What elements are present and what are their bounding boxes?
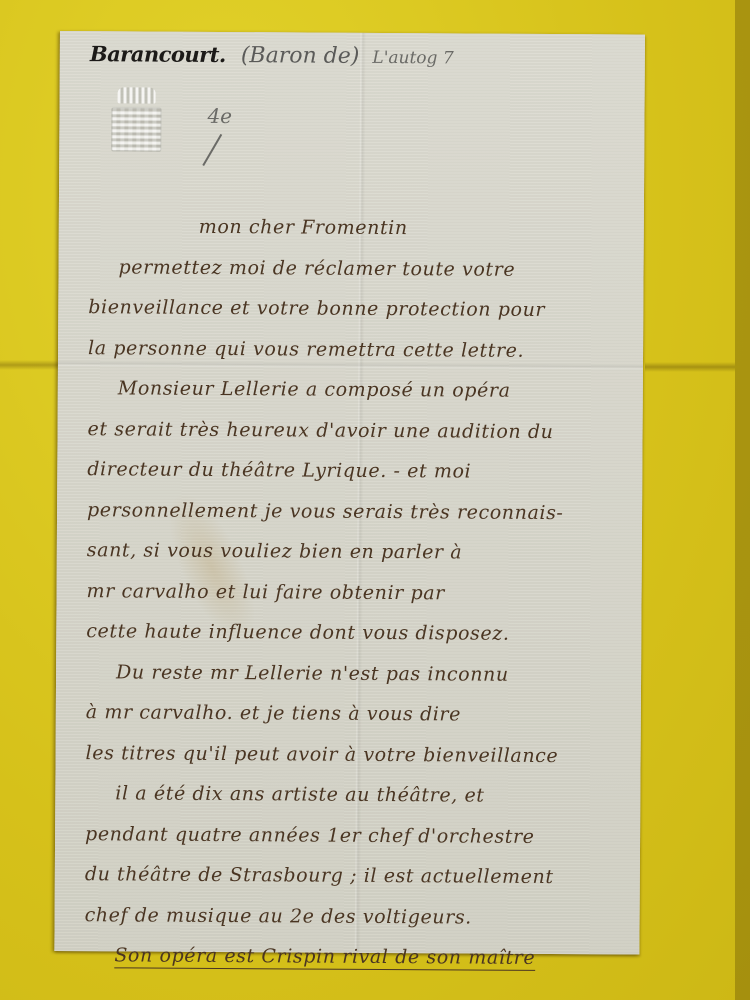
letter-line: personnellement je vous serais très reco…	[87, 490, 627, 534]
pencil-mark: 4e	[207, 104, 232, 128]
letter-line: du théâtre de Strasbourg ; il est actuel…	[85, 854, 625, 898]
background-fold-crease-left	[0, 360, 62, 370]
embossed-crest-icon	[111, 87, 161, 153]
letter-line: la personne qui vous remettra cette lett…	[88, 328, 628, 372]
letter-line: directeur du théâtre Lyrique. - et moi	[87, 449, 627, 493]
salutation: mon cher Fromentin	[89, 206, 629, 250]
pencil-slash	[202, 134, 222, 166]
letter-line: il a été dix ans artiste au théâtre, et	[85, 773, 625, 817]
letter-line: pendant quatre années 1er chef d'orchest…	[85, 814, 625, 858]
background-fold-crease-right	[645, 362, 735, 372]
letter-line: Du reste mr Lellerie n'est pas inconnu	[86, 652, 626, 696]
crown-icon	[118, 87, 156, 103]
letter-line: permettez moi de réclamer toute votre	[88, 247, 628, 291]
letter-line: à mr carvalho. et je tiens à vous dire	[86, 692, 626, 736]
letter-line: chef de musique au 2e des voltigeurs.	[84, 895, 624, 939]
letter-line: Son opéra est Crispin rival de son maîtr…	[84, 935, 624, 979]
letter-line: les titres qu'il peut avoir à votre bien…	[85, 733, 625, 777]
coat-of-arms-icon	[111, 107, 161, 151]
archival-annotation: Barancourt. (Baron de) L'autog 7	[90, 41, 454, 69]
letter-body: mon cher Fromentin permettez moi de récl…	[84, 206, 629, 979]
letter-paper: Barancourt. (Baron de) L'autog 7 4e mon …	[54, 31, 645, 955]
letter-line: Monsieur Lellerie a composé un opéra	[88, 368, 628, 412]
annotation-name: Barancourt.	[90, 41, 226, 67]
letter-line: bienveillance et votre bonne protection …	[88, 287, 628, 331]
letter-line: cette haute influence dont vous disposez…	[86, 611, 626, 655]
letter-line: et serait très heureux d'avoir une audit…	[87, 409, 627, 453]
letter-line: sant, si vous vouliez bien en parler à	[87, 530, 627, 574]
letter-line: mr carvalho et lui faire obtenir par	[86, 571, 626, 615]
annotation-note: L'autog 7	[372, 48, 453, 68]
annotation-title: (Baron de)	[241, 43, 360, 69]
